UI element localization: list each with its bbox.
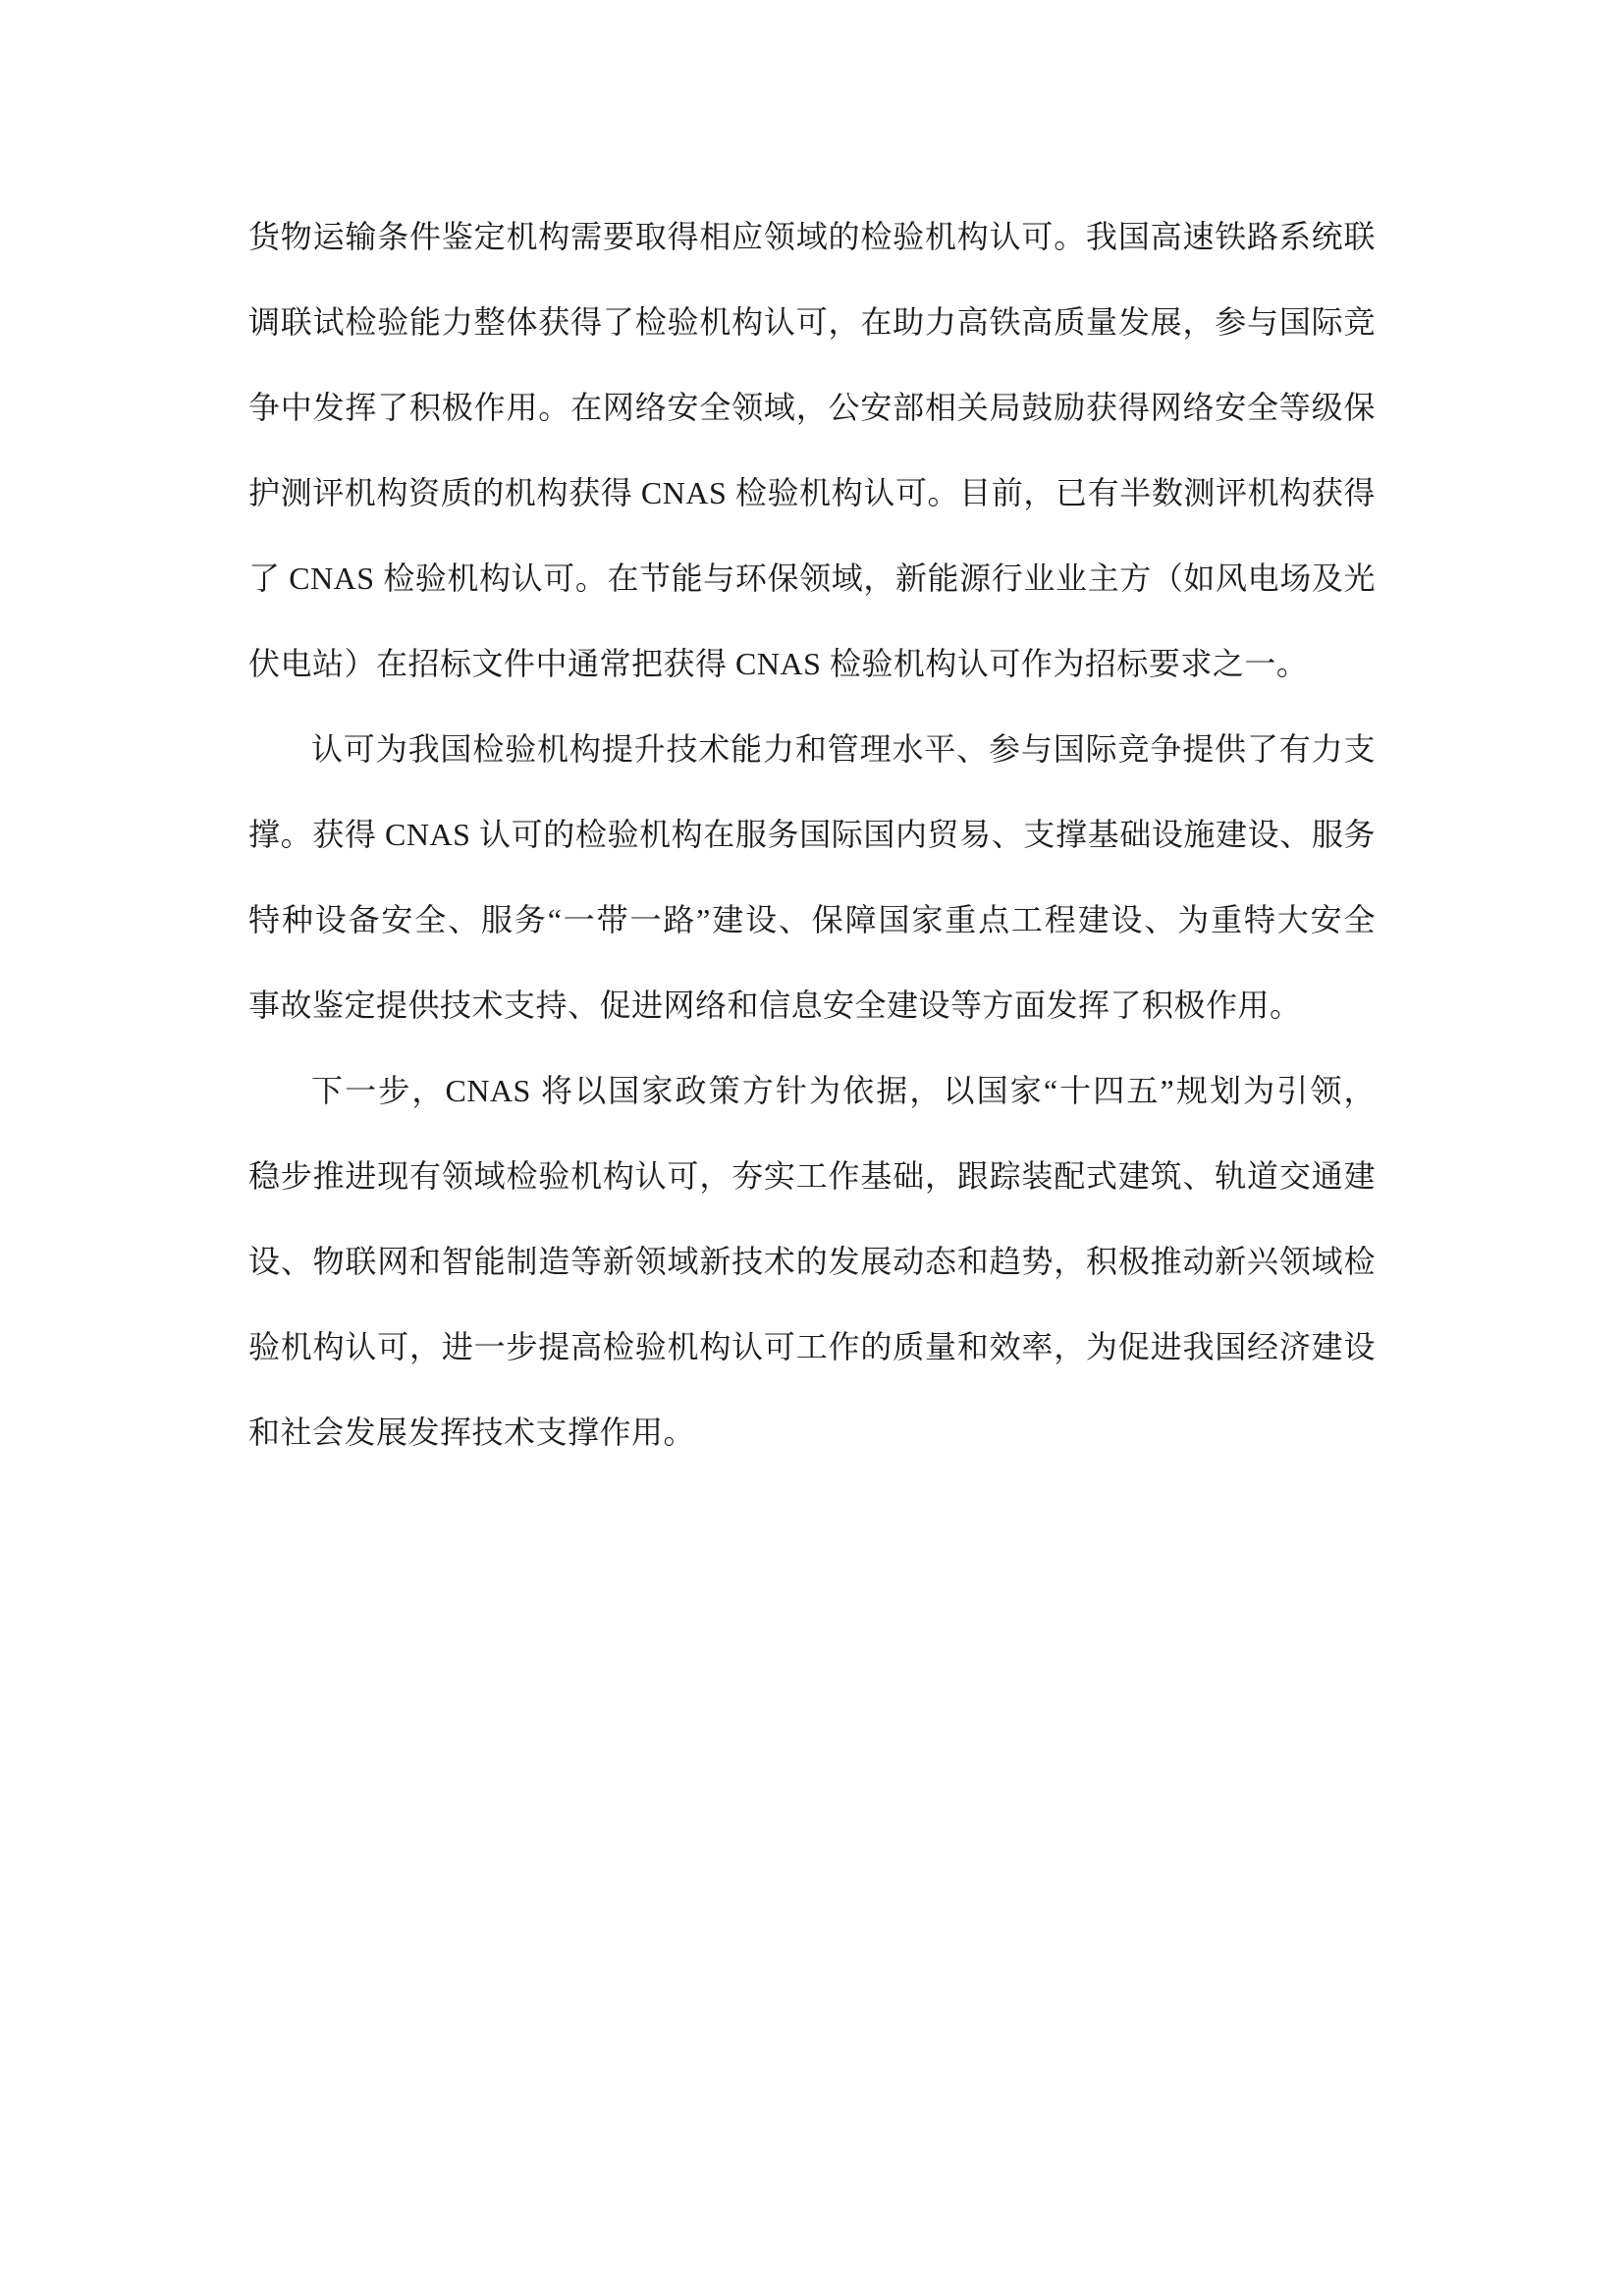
document-page: 货物运输条件鉴定机构需要取得相应领域的检验机构认可。我国高速铁路系统联调联试检验… — [0, 0, 1624, 2296]
document-line-p1-l6: 伏电站）在招标文件中通常把获得 CNAS 检验机构认可作为招标要求之一。 — [248, 621, 1376, 707]
document-line-p2-l4: 事故鉴定提供技术支持、促进网络和信息安全建设等方面发挥了积极作用。 — [248, 963, 1376, 1048]
document-line-p3-l2: 稳步推进现有领域检验机构认可，夯实工作基础，跟踪装配式建筑、轨道交通建 — [248, 1134, 1376, 1219]
document-line-p3-l5: 和社会发展发挥技术支撑作用。 — [248, 1390, 1376, 1475]
document-line-p1-l1: 货物运输条件鉴定机构需要取得相应领域的检验机构认可。我国高速铁路系统联 — [248, 194, 1376, 280]
document-body: 货物运输条件鉴定机构需要取得相应领域的检验机构认可。我国高速铁路系统联调联试检验… — [248, 194, 1376, 1475]
document-line-p2-l3: 特种设备安全、服务“一带一路”建设、保障国家重点工程建设、为重特大安全 — [248, 878, 1376, 963]
document-line-p1-l2: 调联试检验能力整体获得了检验机构认可，在助力高铁高质量发展，参与国际竞 — [248, 280, 1376, 365]
document-line-p3-l1: 下一步，CNAS 将以国家政策方针为依据，以国家“十四五”规划为引领， — [248, 1048, 1376, 1134]
document-line-p1-l5: 了 CNAS 检验机构认可。在节能与环保领域，新能源行业业主方（如风电场及光 — [248, 536, 1376, 621]
document-line-p1-l4: 护测评机构资质的机构获得 CNAS 检验机构认可。目前，已有半数测评机构获得 — [248, 451, 1376, 536]
document-line-p1-l3: 争中发挥了积极作用。在网络安全领域，公安部相关局鼓励获得网络安全等级保 — [248, 365, 1376, 451]
document-line-p3-l3: 设、物联网和智能制造等新领域新技术的发展动态和趋势，积极推动新兴领域检 — [248, 1219, 1376, 1305]
document-line-p2-l2: 撑。获得 CNAS 认可的检验机构在服务国际国内贸易、支撑基础设施建设、服务 — [248, 792, 1376, 878]
document-line-p3-l4: 验机构认可，进一步提高检验机构认可工作的质量和效率，为促进我国经济建设 — [248, 1305, 1376, 1390]
document-line-p2-l1: 认可为我国检验机构提升技术能力和管理水平、参与国际竞争提供了有力支 — [248, 707, 1376, 792]
